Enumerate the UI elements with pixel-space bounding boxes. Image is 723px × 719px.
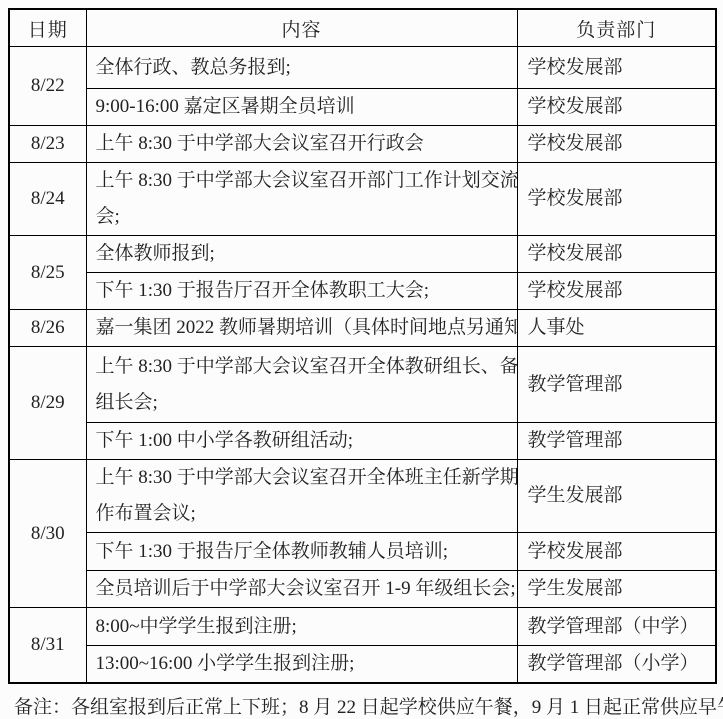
schedule-content-cell: 下午 1:30 于报告厅全体教师教辅人员培训; [86, 533, 517, 571]
department-cell: 教学管理部 [517, 423, 716, 460]
remark-note: 备注：各组室报到后正常上下班；8 月 22 日起学校供应午餐，9 月 1 日起正… [8, 695, 715, 719]
department-cell: 学校发展部 [517, 273, 716, 310]
table-row: 8/26 嘉一集团 2022 教师暑期培训（具体时间地点另通知）; 人事处 [9, 310, 716, 347]
department-cell: 教学管理部（中学） [517, 608, 716, 646]
table-row: 全员培训后于中学部大会议室召开 1-9 年级组长会; 学生发展部 [9, 571, 716, 608]
schedule-table: 日期 内容 负责部门 8/22 全体行政、教总务报到; 学校发展部 9:00-1… [8, 8, 717, 684]
department-cell: 学校发展部 [517, 126, 716, 163]
schedule-content-cell: 上午 8:30 于中学部大会议室召开部门工作计划交流 会; [86, 163, 517, 236]
schedule-content-cell: 上午 8:30 于中学部大会议室召开全体教研组长、备课 组长会; [86, 347, 517, 423]
table-row: 8/31 8:00~中学学生报到注册; 教学管理部（中学） [9, 608, 716, 646]
table-row: 下午 1:30 于报告厅全体教师教辅人员培训; 学校发展部 [9, 533, 716, 571]
department-cell: 学校发展部 [517, 236, 716, 273]
schedule-content-cell: 全体教师报到; [86, 236, 517, 273]
department-cell: 学生发展部 [517, 460, 716, 533]
department-cell: 学校发展部 [517, 89, 716, 126]
header-cell-content: 内容 [86, 9, 517, 47]
department-cell: 教学管理部（小学） [517, 646, 716, 684]
table-row: 8/23 上午 8:30 于中学部大会议室召开行政会 学校发展部 [9, 126, 716, 163]
date-cell: 8/22 [9, 47, 86, 126]
table-row: 下午 1:00 中小学各教研组活动; 教学管理部 [9, 423, 716, 460]
schedule-content-cell: 全员培训后于中学部大会议室召开 1-9 年级组长会; [86, 571, 517, 608]
table-row: 8/29 上午 8:30 于中学部大会议室召开全体教研组长、备课 组长会; 教学… [9, 347, 716, 423]
table-row: 8/30 上午 8:30 于中学部大会议室召开全体班主任新学期工 作布置会议; … [9, 460, 716, 533]
document-page: 日期 内容 负责部门 8/22 全体行政、教总务报到; 学校发展部 9:00-1… [0, 0, 723, 719]
schedule-content-cell: 上午 8:30 于中学部大会议室召开全体班主任新学期工 作布置会议; [86, 460, 517, 533]
department-cell: 学校发展部 [517, 163, 716, 236]
schedule-content-cell: 下午 1:00 中小学各教研组活动; [86, 423, 517, 460]
header-cell-department: 负责部门 [517, 9, 716, 47]
department-cell: 学校发展部 [517, 533, 716, 571]
date-cell: 8/30 [9, 460, 86, 608]
header-row: 日期 内容 负责部门 [9, 9, 716, 47]
header-cell-date: 日期 [9, 9, 86, 47]
department-cell: 人事处 [517, 310, 716, 347]
schedule-content-cell: 上午 8:30 于中学部大会议室召开行政会 [86, 126, 517, 163]
schedule-content-cell: 13:00~16:00 小学学生报到注册; [86, 646, 517, 684]
table-row: 8/25 全体教师报到; 学校发展部 [9, 236, 716, 273]
date-cell: 8/31 [9, 608, 86, 684]
table-row: 8/22 全体行政、教总务报到; 学校发展部 [9, 47, 716, 89]
schedule-content-cell: 全体行政、教总务报到; [86, 47, 517, 89]
date-cell: 8/26 [9, 310, 86, 347]
table-row: 9:00-16:00 嘉定区暑期全员培训 学校发展部 [9, 89, 716, 126]
date-cell: 8/23 [9, 126, 86, 163]
schedule-content-cell: 嘉一集团 2022 教师暑期培训（具体时间地点另通知）; [86, 310, 517, 347]
schedule-content-cell: 9:00-16:00 嘉定区暑期全员培训 [86, 89, 517, 126]
table-row: 8/24 上午 8:30 于中学部大会议室召开部门工作计划交流 会; 学校发展部 [9, 163, 716, 236]
date-cell: 8/24 [9, 163, 86, 236]
schedule-content-cell: 8:00~中学学生报到注册; [86, 608, 517, 646]
department-cell: 教学管理部 [517, 347, 716, 423]
date-cell: 8/25 [9, 236, 86, 310]
table-row: 下午 1:30 于报告厅召开全体教职工大会; 学校发展部 [9, 273, 716, 310]
table-row: 13:00~16:00 小学学生报到注册; 教学管理部（小学） [9, 646, 716, 684]
department-cell: 学生发展部 [517, 571, 716, 608]
department-cell: 学校发展部 [517, 47, 716, 89]
date-cell: 8/29 [9, 347, 86, 460]
schedule-content-cell: 下午 1:30 于报告厅召开全体教职工大会; [86, 273, 517, 310]
